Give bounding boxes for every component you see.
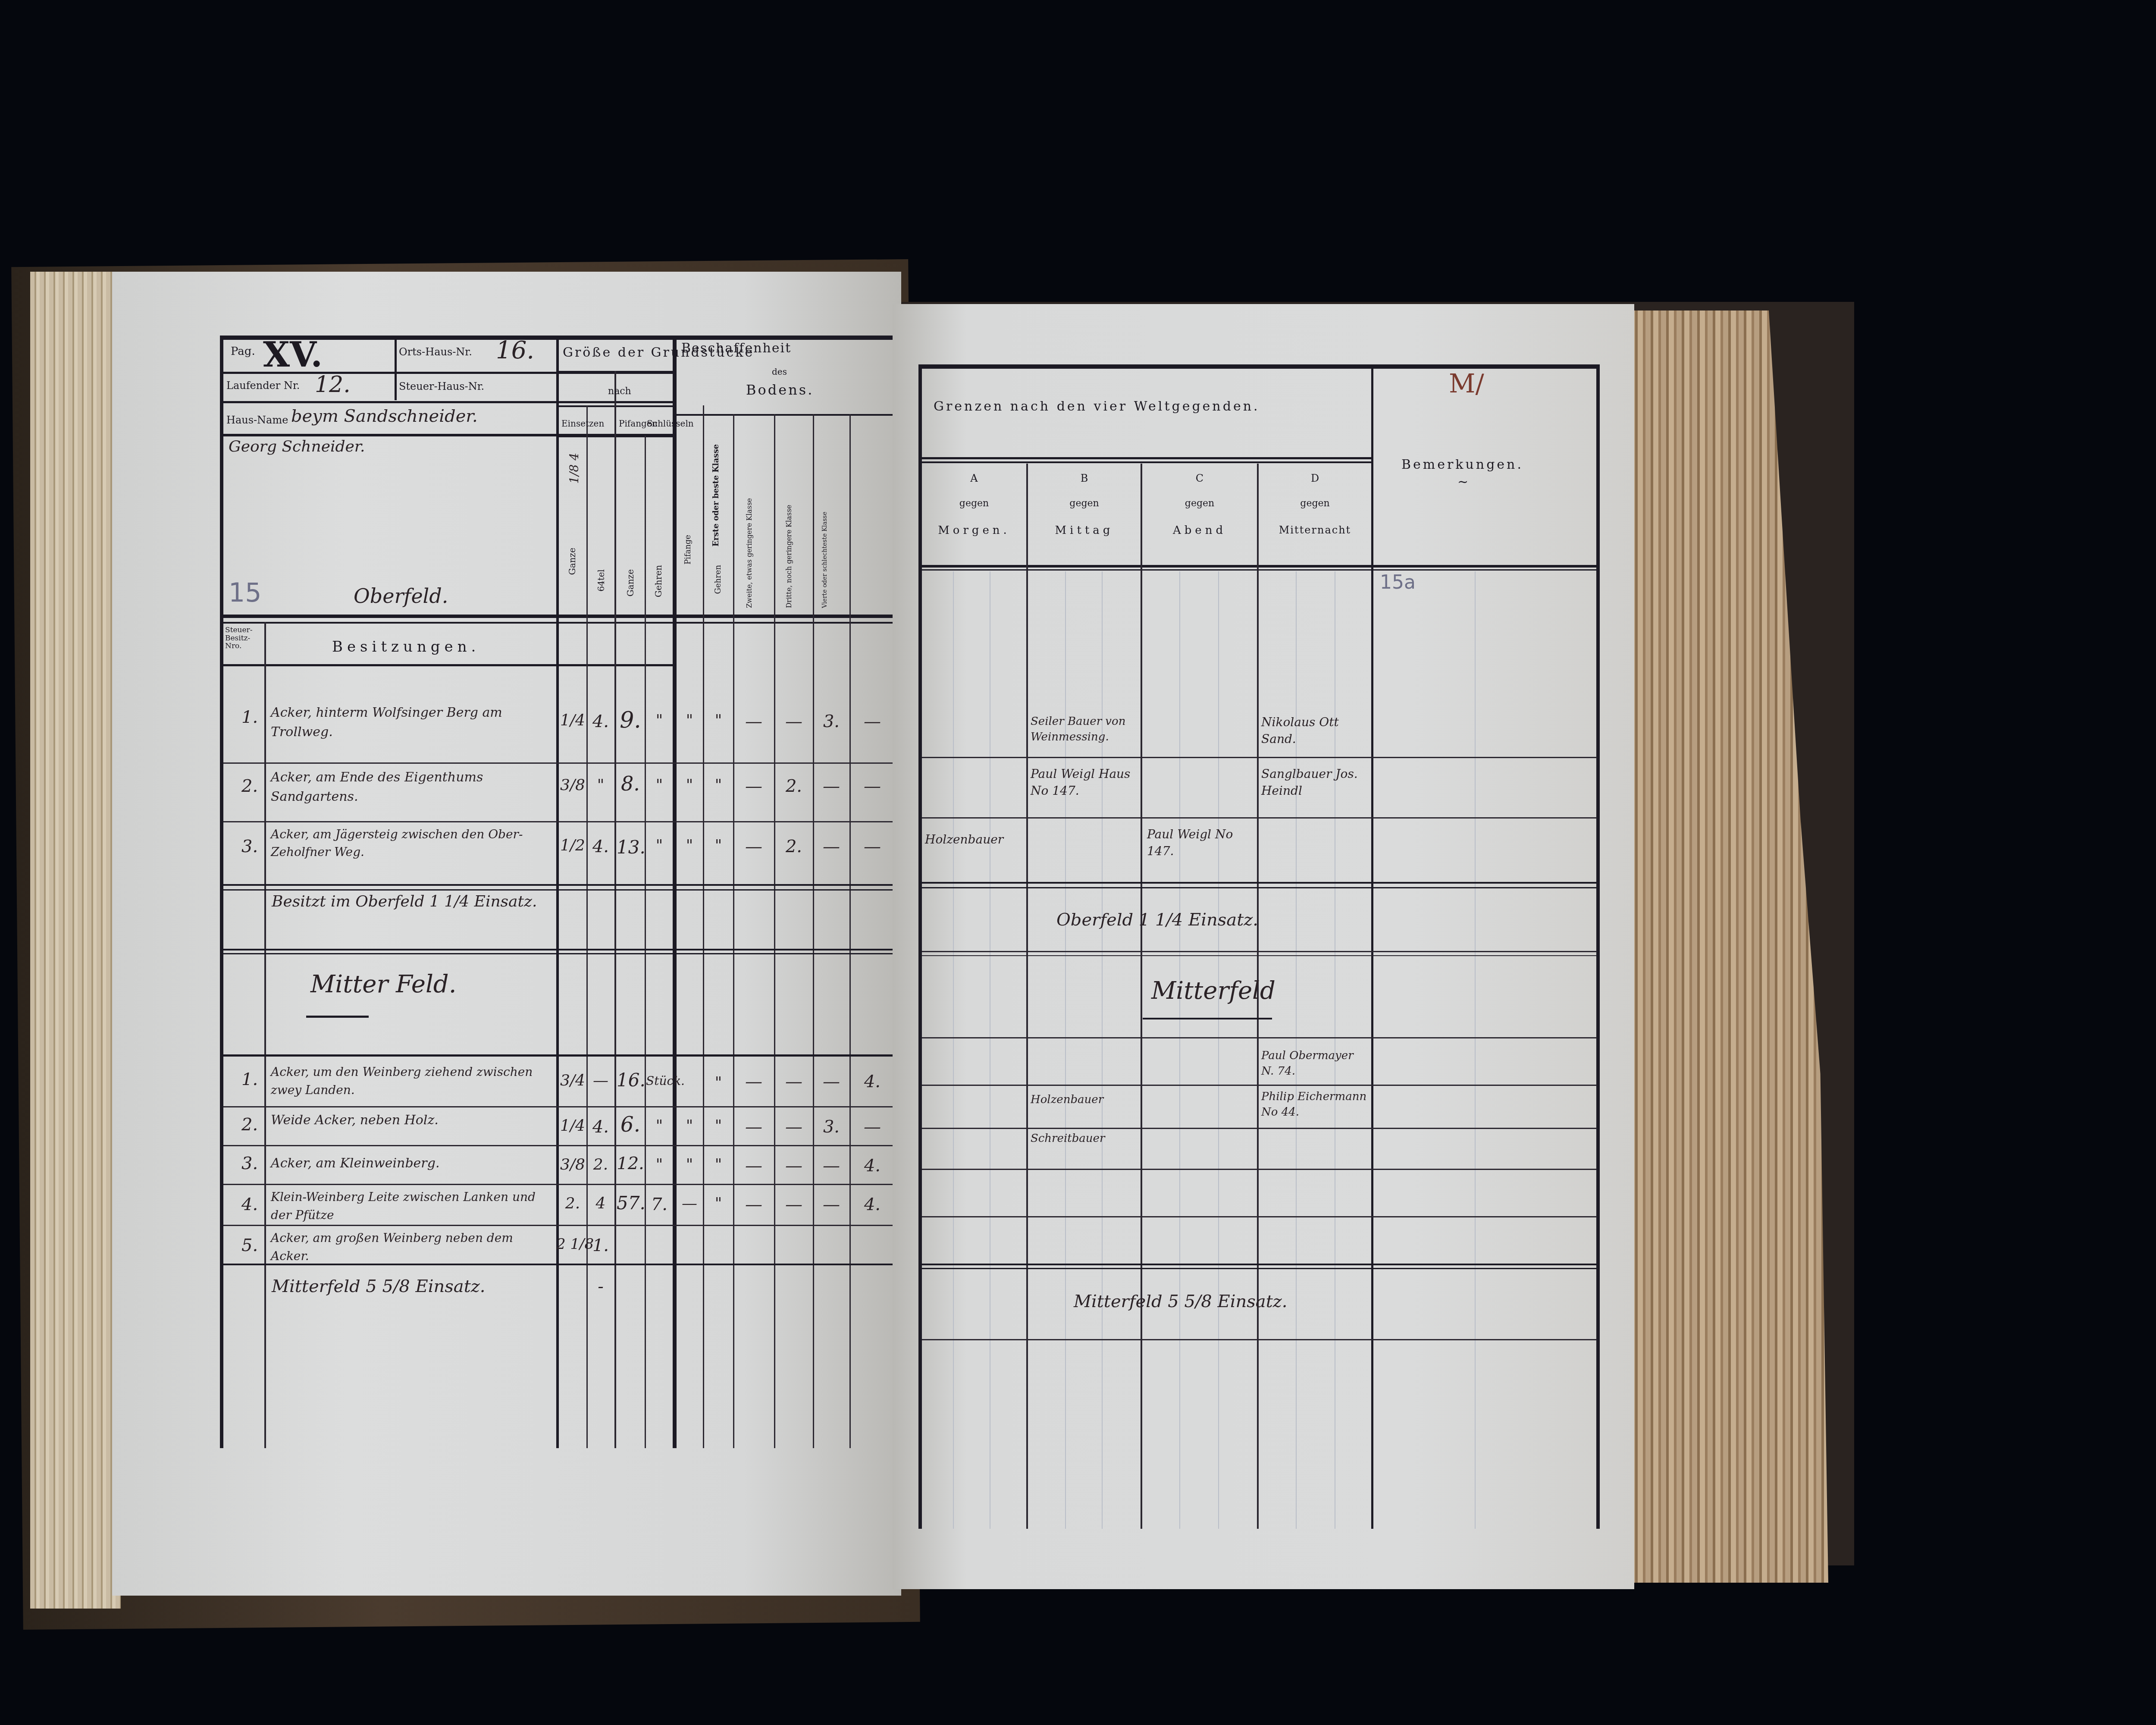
s2-row2-k2: —: [775, 1117, 812, 1137]
rule: [1371, 369, 1373, 1529]
s2-row5-64tel: 1.: [588, 1236, 614, 1255]
page-edges-left: [30, 272, 121, 1609]
orts-haus-nr-value: 16.: [496, 336, 534, 364]
dir-b-name: Mittag: [1028, 524, 1141, 537]
rule: [675, 414, 899, 416]
row3-ganze: 1/2: [560, 837, 586, 854]
heading-underline: [1143, 1018, 1272, 1019]
s2-row4-k4: 4.: [851, 1195, 894, 1214]
s2-row4-64tel: 4: [588, 1195, 614, 1212]
s2-row2-ganze: 1/4: [560, 1117, 586, 1135]
s2-row3-ganze: 3/8: [560, 1156, 586, 1173]
rule: [918, 457, 1371, 459]
left-page: Pag. XV. Orts-Haus-Nr. 16. Laufender Nr.…: [112, 272, 901, 1596]
row3-64tel: 4.: [588, 837, 614, 856]
s2-row1-k2: —: [775, 1072, 812, 1091]
row-divider: [922, 951, 1597, 952]
row3-k1: —: [734, 837, 773, 856]
dir-d-letter: D: [1259, 472, 1371, 484]
s2-r3-b: Schreitbauer: [1031, 1132, 1105, 1145]
row-divider: [223, 1225, 897, 1226]
subcol-annotation: 1/8 4: [567, 453, 581, 484]
row-divider: [922, 1264, 1597, 1265]
row1-nr: 1.: [241, 707, 258, 727]
s2-row4-k1: —: [734, 1195, 773, 1214]
row1-pifange: ": [677, 712, 702, 729]
row3-pifange: ": [677, 837, 702, 854]
r2-b: Paul Weigl Haus No 147.: [1031, 765, 1138, 799]
row-divider: [922, 1268, 1597, 1269]
row1-pganze: 9.: [617, 707, 644, 733]
section1-total: Besitzt im Oberfeld 1 1/4 Einsatz.: [272, 893, 537, 910]
row-divider: [922, 1169, 1597, 1170]
row1-64tel: 4.: [588, 712, 614, 731]
row1-ganze: 1/4: [560, 712, 586, 729]
rule: [918, 364, 1600, 369]
s2-row1-desc: Acker, um den Weinberg ziehend zwischen …: [271, 1063, 551, 1099]
s2-row4-nr: 4.: [241, 1195, 258, 1214]
subcol-gehren-2: Gehren: [714, 565, 723, 594]
dir-c-letter: C: [1142, 472, 1257, 484]
field-name-oberfeld: Oberfeld.: [354, 584, 448, 608]
row2-k4: —: [851, 776, 894, 796]
pencil-note: 15a: [1380, 571, 1416, 593]
dir-a-name: Morgen.: [922, 524, 1026, 537]
row3-pganze: 13.: [617, 837, 644, 858]
s2-row5-desc: Acker, am großen Weinberg neben dem Acke…: [271, 1229, 530, 1265]
laufender-nr-value: 12.: [315, 372, 351, 398]
rule: [849, 414, 851, 1448]
row1-k1: —: [734, 712, 773, 731]
groesse-nach: nach: [608, 386, 631, 397]
s2-row3-pganze: 12.: [617, 1154, 644, 1173]
row-divider: [922, 757, 1597, 758]
rule: [1141, 464, 1142, 1529]
orts-haus-nr-label: Orts-Haus-Nr.: [399, 346, 472, 358]
row-divider: [223, 1184, 897, 1185]
s2-row1-k4: 4.: [851, 1072, 894, 1091]
s2-row4-sgehren: ": [704, 1195, 733, 1212]
section1-total-right: Oberfeld 1 1/4 Einsatz.: [1056, 910, 1258, 930]
s2-row4-pifange: —: [677, 1195, 702, 1212]
steuer-haus-nr-label: Steuer-Haus-Nr.: [399, 380, 484, 392]
row2-pifange: ": [677, 776, 702, 794]
rule: [918, 364, 922, 1529]
rule: [1026, 464, 1028, 1529]
row3-k2: 2.: [775, 837, 812, 856]
s2-row3-sgehren: ": [704, 1156, 733, 1173]
subcol-64tel: 64tel: [596, 569, 606, 592]
rule: [813, 414, 814, 1448]
row1-k3: 3.: [814, 712, 849, 731]
s2-row2-k3: 3.: [814, 1117, 849, 1137]
s2-row3-gehren: ": [646, 1156, 673, 1173]
s2-r2-d: Philip Eichermann No 44.: [1261, 1089, 1369, 1120]
row3-sgehren: ": [704, 837, 733, 854]
boden-title: Beschaffenheit: [681, 341, 791, 356]
dir-b-gegen: gegen: [1028, 498, 1141, 509]
row3-k3: —: [814, 837, 849, 856]
dir-d-name: Mitternacht: [1259, 524, 1371, 536]
red-page-mark: M/: [1449, 369, 1484, 399]
s2-row2-k1: —: [734, 1117, 773, 1137]
row-divider: [223, 889, 897, 891]
row2-sgehren: ": [704, 776, 733, 794]
s2-row4-pganze: 57.: [617, 1192, 644, 1214]
row2-ganze: 3/8: [560, 776, 586, 794]
faint-rule: [1179, 571, 1180, 1529]
boden-des: des: [772, 367, 787, 377]
row2-gehren: ": [646, 776, 673, 794]
right-page: M/ Grenzen nach den vier Weltgegenden. B…: [893, 304, 1634, 1589]
row-divider: [223, 762, 897, 764]
row3-k4: —: [851, 837, 894, 856]
row-divider: [223, 949, 897, 950]
pencil-number: 15: [229, 578, 261, 608]
s2-row4-ganze: 2.: [560, 1195, 586, 1212]
boden-class-3: Dritte, noch geringere Klasse: [785, 444, 793, 608]
heading-underline: [306, 1016, 369, 1018]
s2-row2-pganze: 6.: [617, 1113, 644, 1137]
row-divider: [922, 1216, 1597, 1217]
row3-desc: Acker, am Jägersteig zwischen den Ober-Z…: [271, 826, 551, 861]
s2-row1-pganze: 16.: [617, 1069, 644, 1091]
r3-c: Paul Weigl No 147.: [1147, 826, 1255, 859]
rule: [220, 401, 673, 403]
s2-row1-sgehren: ": [704, 1074, 733, 1091]
row-divider: [922, 1037, 1597, 1038]
row-divider: [922, 1339, 1597, 1340]
grenzen-title: Grenzen nach den vier Weltgegenden.: [934, 399, 1260, 414]
boden-bodens: Bodens.: [746, 382, 814, 398]
row-divider: [922, 882, 1597, 884]
s2-row5-ganze: 2 1/8: [556, 1236, 586, 1253]
s2-row2-sgehren: ": [704, 1117, 733, 1135]
r1-b: Seiler Bauer von Weinmessing.: [1031, 714, 1138, 745]
s2-row4-k2: —: [775, 1195, 812, 1214]
row-divider: [223, 1054, 897, 1057]
row-divider: [223, 1106, 897, 1107]
group-einsetzen: Einsetzen: [561, 418, 604, 429]
boden-class-1: Erste oder beste Klasse: [711, 444, 721, 546]
row2-nr: 2.: [241, 776, 258, 796]
rule: [733, 414, 734, 1448]
faint-rule: [1475, 571, 1476, 1529]
rule: [675, 336, 677, 1448]
rule: [220, 615, 901, 618]
rule: [703, 405, 704, 1448]
s2-row1-64tel: —: [588, 1072, 614, 1089]
laufender-nr-label: Laufender Nr.: [226, 379, 300, 392]
row2-desc: Acker, am Ende des Eigenthums Sandgarten…: [271, 768, 551, 806]
row1-desc: Acker, hinterm Wolfsinger Berg am Trollw…: [271, 703, 551, 742]
s2-row3-k2: —: [775, 1156, 812, 1176]
s2-row4-desc: Klein-Weinberg Leite zwischen Lanken und…: [271, 1188, 551, 1224]
row-divider: [223, 884, 897, 886]
row2-k3: —: [814, 776, 849, 796]
row1-k2: —: [775, 712, 812, 731]
dir-b-letter: B: [1028, 472, 1141, 484]
rule: [220, 622, 901, 624]
dir-c-gegen: gegen: [1142, 498, 1257, 509]
row3-nr: 3.: [241, 837, 258, 856]
section2-total-mark: -: [588, 1276, 614, 1296]
faint-rule: [953, 571, 954, 1529]
s2-row3-desc: Acker, am Kleinweinberg.: [271, 1156, 439, 1171]
s2-row3-pifange: ": [677, 1156, 702, 1173]
s2-r2-b: Holzenbauer: [1031, 1093, 1103, 1106]
s2-row1-k3: —: [814, 1072, 849, 1091]
col-nr-label: Steuer-Besitz-Nro.: [225, 626, 264, 650]
section2-heading: Mitter Feld.: [310, 970, 456, 998]
boden-class-4: Vierte oder schlechteste Klasse: [821, 444, 828, 608]
row2-64tel: ": [588, 776, 614, 794]
s2-row1-ganze: 3/4: [560, 1072, 586, 1089]
rule: [395, 336, 397, 400]
rule: [918, 461, 1371, 463]
section2-total-right: Mitterfeld 5 5/8 Einsatz.: [1074, 1292, 1288, 1311]
rule: [264, 622, 266, 1448]
s2-row4-k3: —: [814, 1195, 849, 1214]
rule: [220, 664, 673, 666]
subcol-ganze: Ganze: [567, 548, 577, 575]
s2-row2-gehren: ": [646, 1117, 673, 1135]
faint-rule: [1218, 571, 1219, 1529]
row-divider: [922, 1085, 1597, 1086]
row-divider: [223, 1145, 897, 1146]
section2-heading-right: Mitterfeld: [1151, 977, 1275, 1005]
dir-d-gegen: gegen: [1259, 498, 1371, 509]
pag-label: Pag.: [231, 345, 255, 358]
rule: [645, 436, 646, 1448]
row2-pganze: 8.: [617, 772, 644, 795]
row3-gehren: ": [646, 837, 673, 854]
dir-a-gegen: gegen: [922, 498, 1026, 509]
s2-row2-pifange: ": [677, 1117, 702, 1135]
group-schluesseln: Schlüsseln: [647, 418, 694, 429]
r1-d: Nikolaus Ott Sand.: [1261, 714, 1369, 747]
s2-row4-gehren: 7.: [646, 1195, 673, 1214]
rule: [556, 336, 559, 1448]
r2-d: Sanglbauer Jos. Heindl: [1261, 765, 1369, 799]
row2-k1: —: [734, 776, 773, 796]
pag-value: XV.: [263, 334, 323, 375]
s2-row1-k1: —: [734, 1072, 773, 1091]
bemerkungen-title: Bemerkungen.: [1401, 457, 1523, 472]
subcol-pifange: Pifange: [683, 535, 693, 565]
row-divider: [922, 817, 1597, 819]
subcol-ganze-2: Ganze: [625, 569, 636, 596]
row2-k2: 2.: [775, 776, 812, 796]
s2-row1-gehren: Stück.: [646, 1074, 673, 1088]
s2-row2-nr: 2.: [241, 1115, 258, 1135]
row-divider: [223, 953, 897, 954]
s2-row1-nr: 1.: [241, 1069, 258, 1089]
s2-row5-nr: 5.: [241, 1236, 258, 1255]
s2-row2-k4: —: [851, 1117, 894, 1137]
rule: [1596, 369, 1600, 1529]
rule: [614, 371, 616, 1448]
s2-row2-desc: Weide Acker, neben Holz.: [271, 1110, 486, 1130]
row-divider: [922, 955, 1597, 956]
s2-row3-k4: 4.: [851, 1156, 894, 1176]
haus-name-label: Haus-Name: [226, 414, 288, 426]
s2-row2-64tel: 4.: [588, 1117, 614, 1137]
row1-sgehren: ": [704, 712, 733, 729]
r3-a: Holzenbauer: [925, 832, 1003, 847]
owner-name: Georg Schneider.: [229, 438, 365, 455]
row1-gehren: ": [646, 712, 673, 729]
boden-class-2: Zweite, etwas geringere Klasse: [745, 444, 753, 608]
haus-name-value: beym Sandschneider.: [291, 406, 478, 426]
s2-row3-nr: 3.: [241, 1154, 258, 1173]
s2-r1-d: Paul Obermayer N. 74.: [1261, 1048, 1369, 1079]
row-divider: [223, 821, 897, 822]
dir-c-name: Abend: [1142, 524, 1257, 537]
section2-total: Mitterfeld 5 5/8 Einsatz.: [272, 1276, 486, 1296]
rule: [774, 414, 775, 1448]
faint-rule: [990, 571, 990, 1529]
s2-row3-64tel: 2.: [588, 1156, 614, 1173]
bemerkungen-ornament: ~: [1457, 474, 1468, 489]
s2-row3-k1: —: [734, 1156, 773, 1176]
col-besitz-label: Besitzungen.: [332, 638, 480, 655]
row1-k4: —: [851, 712, 894, 731]
subcol-gehren: Gehren: [653, 565, 664, 597]
row-divider: [922, 887, 1597, 888]
rule: [220, 336, 223, 1448]
dir-a-letter: A: [922, 472, 1026, 484]
row-divider: [922, 1128, 1597, 1129]
s2-row3-k3: —: [814, 1156, 849, 1176]
